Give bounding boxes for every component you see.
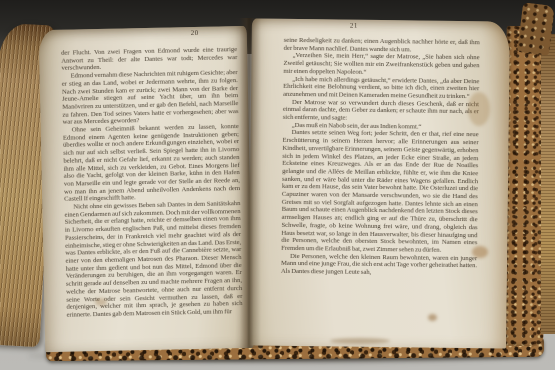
page-number-right: 21 [350,22,358,30]
left-page: 20 der Flucht. Von zwei Fragen von Edmon… [39,26,254,352]
right-page: 21 seine Redseligkeit zu danken; einen A… [248,18,510,348]
paragraph: Nicht ohne ein gewisses Beben sah Dantes… [64,200,242,319]
foxing-stain [472,246,488,258]
paragraph: Die Personen, welche den kleinen Raum be… [281,252,477,278]
paragraph: Ohne sein Geheimniß bekannt werden zu la… [63,123,241,204]
foxing-stain [428,314,437,321]
paragraph: „Verzeihen Sie, mein Herr,“ sagte der Ma… [283,52,479,78]
cover-corner [517,2,555,56]
foxing-stain [468,92,490,126]
paragraph: „Ich habe mich allerdings getäuscht,“ er… [283,75,479,101]
foxing-stain [330,338,390,344]
photo-of-open-book: 20 der Flucht. Von zwei Fragen von Edmon… [0,0,555,370]
page-number-left: 20 [191,29,199,37]
right-page-text: seine Redseligkeit zu danken; einen Auge… [281,37,480,278]
paragraph: Dantes setzte seinen Weg fort; jeder Sch… [281,129,478,255]
left-page-text: der Flucht. Von zwei Fragen von Edmond w… [61,46,243,319]
paragraph: Edmond vernahm diese Nachrichten mit ruh… [62,69,239,127]
paragraph: Der Matrose war so verwundert durch dies… [283,98,479,124]
right-outer-page-edge [541,34,555,334]
foxing-stain [95,298,107,306]
